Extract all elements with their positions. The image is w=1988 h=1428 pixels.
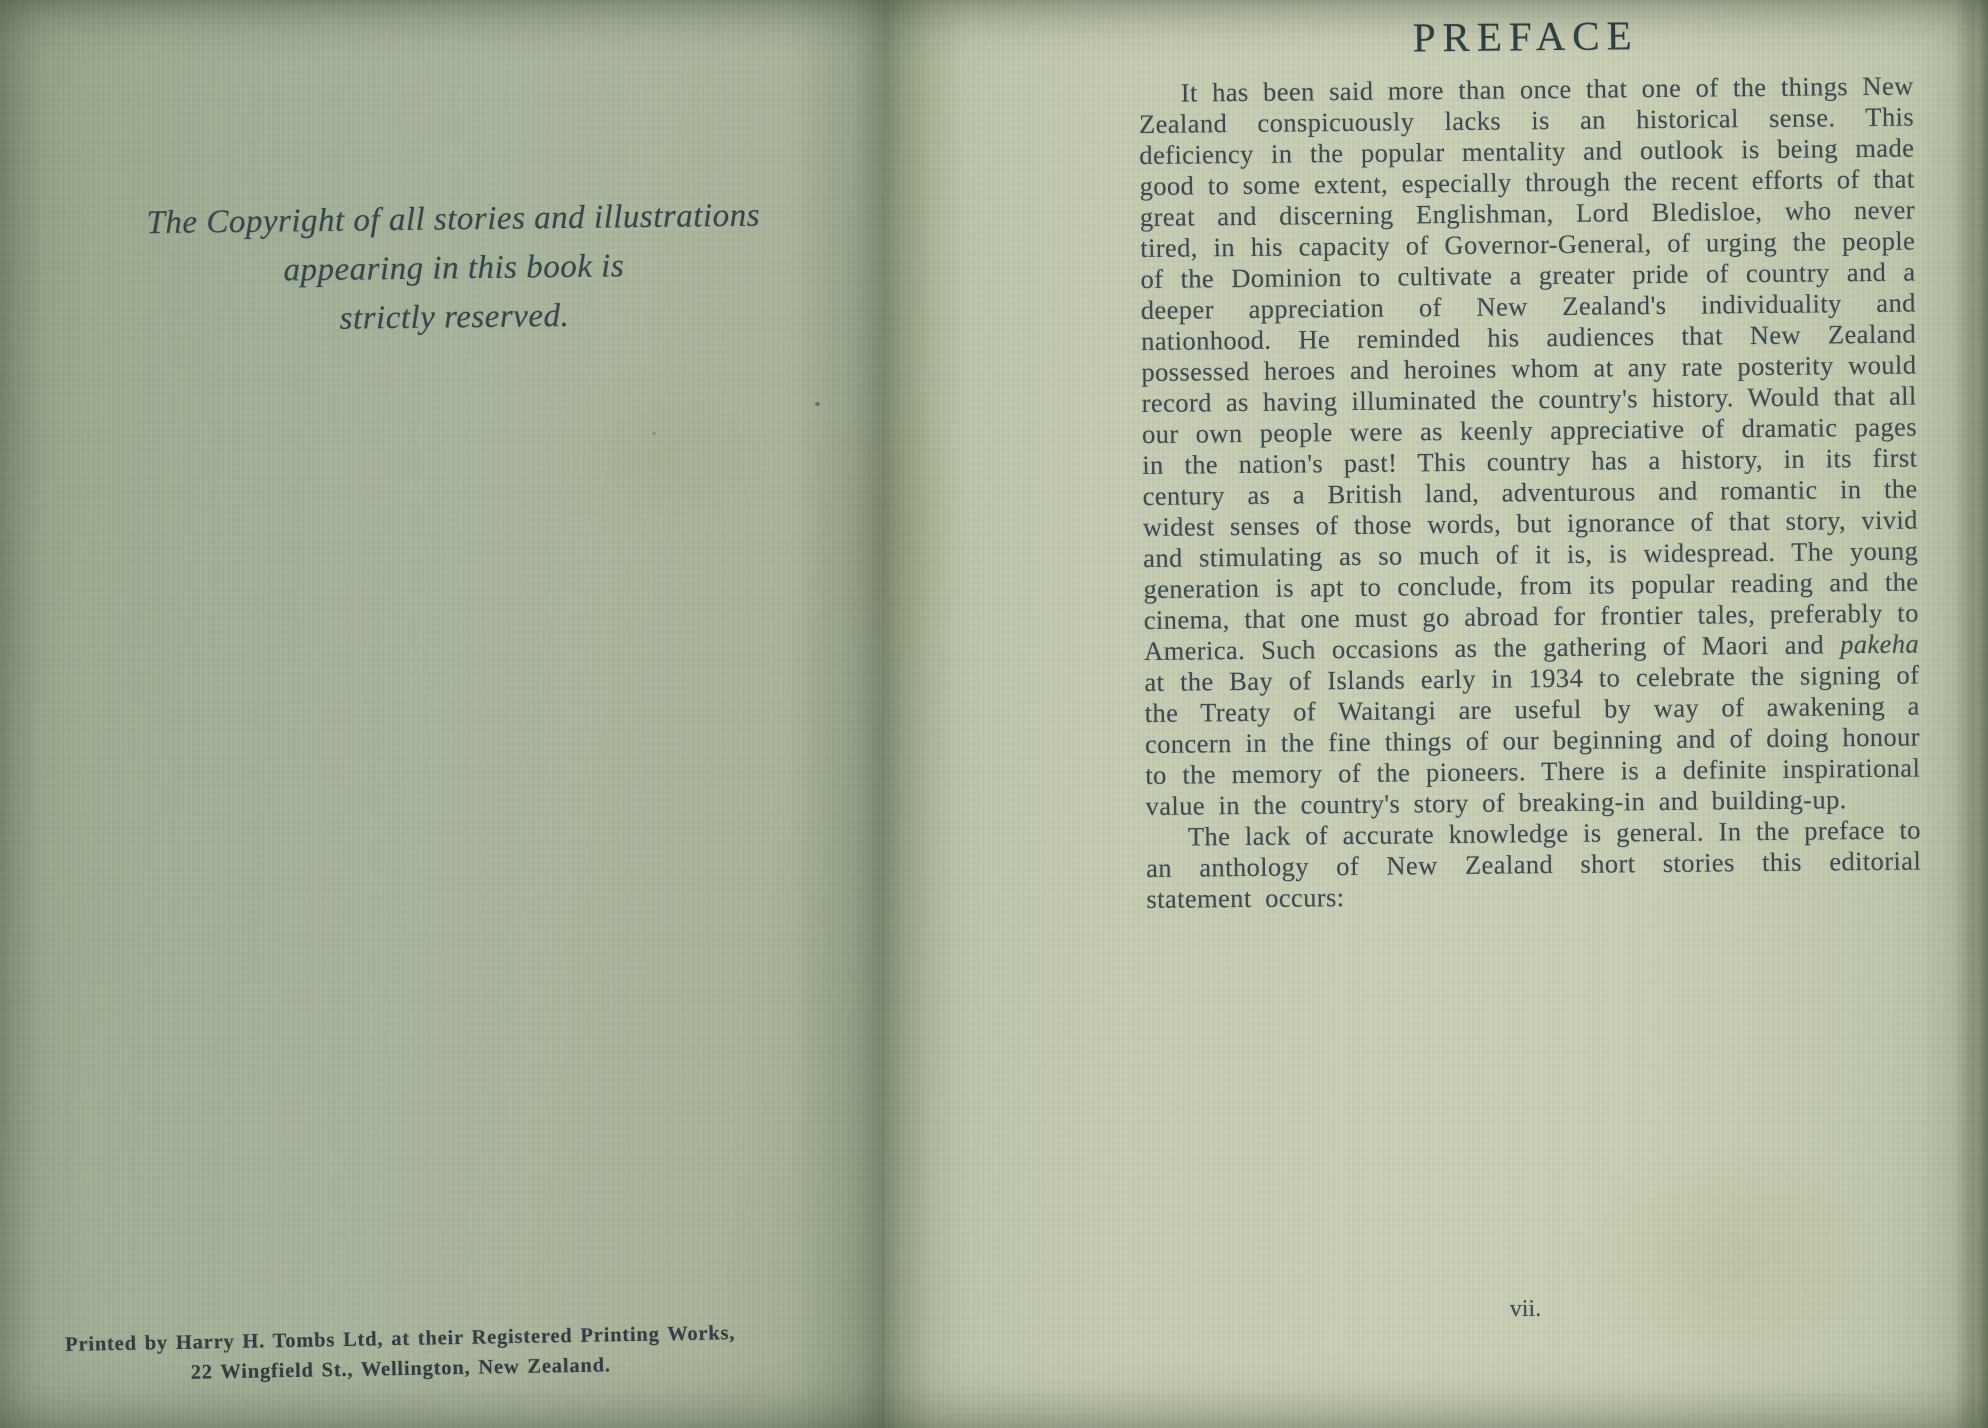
paragraph-text: It has been said more than once that one… <box>1139 71 1919 666</box>
paper-speck <box>815 402 820 406</box>
preface-paragraph-2: The lack of accurate knowledge is genera… <box>1146 815 1922 915</box>
copyright-line-3: strictly reserved. <box>73 289 836 347</box>
copyright-notice: The Copyright of all stories and illustr… <box>72 191 836 347</box>
preface-body: It has been said more than once that one… <box>1139 71 1922 915</box>
preface-section: PREFACE It has been said more than once … <box>1138 9 1922 915</box>
printer-imprint: Printed by Harry H. Tombs Ltd, at their … <box>58 1318 743 1390</box>
italic-word-pakeha: pakeha <box>1840 629 1919 660</box>
page-edge-shadow <box>1954 0 1988 1428</box>
preface-paragraph-1: It has been said more than once that one… <box>1139 71 1921 822</box>
paper-stain <box>1560 1140 1880 1380</box>
copyright-line-1: The Copyright of all stories and illustr… <box>72 191 835 249</box>
paper-speck <box>652 432 656 435</box>
preface-title: PREFACE <box>1138 9 1913 64</box>
paper-stain <box>820 380 970 680</box>
paragraph-text: at the Bay of Islands early in 1934 to c… <box>1144 660 1920 821</box>
open-book-photo: The Copyright of all stories and illustr… <box>0 0 1988 1428</box>
paper-stain <box>540 360 780 550</box>
